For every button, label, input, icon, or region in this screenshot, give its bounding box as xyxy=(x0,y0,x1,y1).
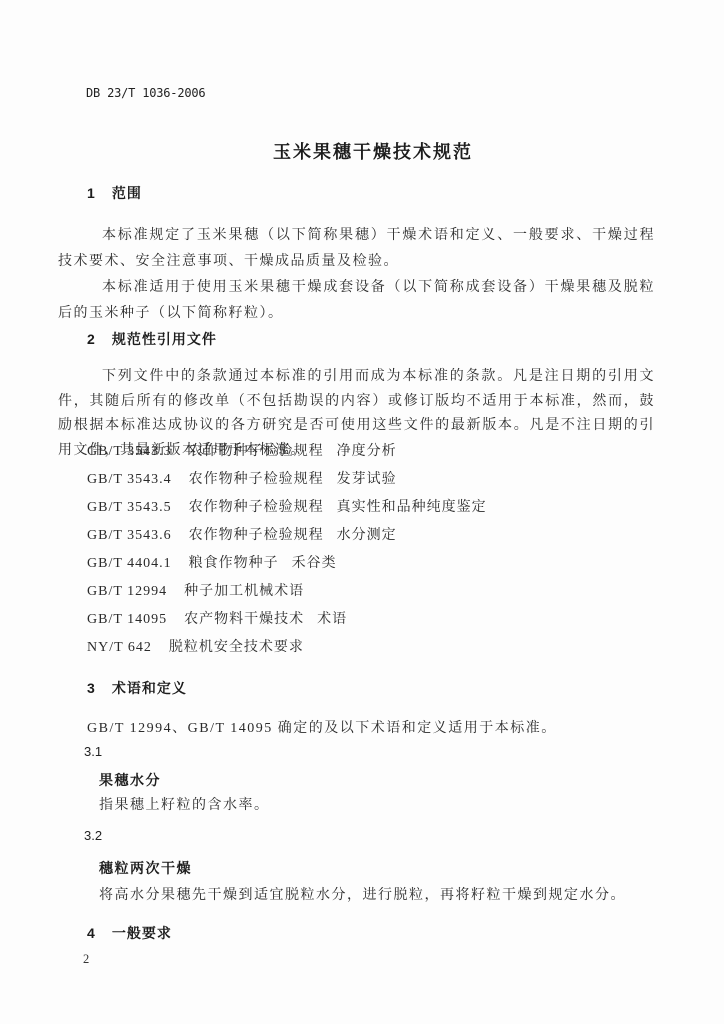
reference-item: GB/T 3543.4农作物种子检验规程发芽试验 xyxy=(87,472,397,488)
reference-subtitle: 水分测定 xyxy=(337,528,397,543)
reference-title: 农作物种子检验规程 xyxy=(189,472,324,487)
term-2-definition: 将高水分果穗先干燥到适宜脱粒水分，进行脱粒，再将籽粒干燥到规定水分。 xyxy=(99,888,659,905)
reference-code: GB/T 14095 xyxy=(87,612,167,627)
section-4-number: 4 xyxy=(87,925,107,941)
reference-item: GB/T 3543.5农作物种子检验规程真实性和品种纯度鉴定 xyxy=(87,500,487,516)
reference-title: 种子加工机械术语 xyxy=(184,584,304,599)
term-2-name: 穗粒两次干燥 xyxy=(99,860,192,876)
section-1-heading: 1 范围 xyxy=(87,185,142,201)
reference-subtitle: 禾谷类 xyxy=(292,556,337,571)
reference-title: 农作物种子检验规程 xyxy=(189,500,324,515)
section-3-title: 术语和定义 xyxy=(112,680,187,696)
document-page: DB 23/T 1036-2006 玉米果穗干燥技术规范 1 范围 本标准规定了… xyxy=(0,0,724,1024)
reference-subtitle: 真实性和品种纯度鉴定 xyxy=(337,500,487,515)
reference-title: 农产物料干燥技术 xyxy=(184,612,304,627)
section-4-title: 一般要求 xyxy=(112,925,172,941)
reference-item: GB/T 3543.3农作物种子检验规程净度分析 xyxy=(87,444,397,460)
term-1-number: 3.1 xyxy=(84,745,102,760)
scope-paragraph-2: 本标准适用于使用玉米果穗干燥成套设备（以下简称成套设备）干燥果穗及脱粒后的玉米种… xyxy=(58,275,655,327)
term-2-number: 3.2 xyxy=(84,829,102,844)
reference-title: 农作物种子检验规程 xyxy=(189,444,324,459)
section-2-title: 规范性引用文件 xyxy=(112,331,217,347)
term-1-definition: 指果穗上籽粒的含水率。 xyxy=(99,798,659,815)
section-1-title: 范围 xyxy=(112,185,142,201)
section-2-number: 2 xyxy=(87,331,107,347)
reference-title: 粮食作物种子 xyxy=(189,556,279,571)
reference-code: GB/T 3543.4 xyxy=(87,472,172,487)
reference-code: GB/T 12994 xyxy=(87,584,167,599)
section-4-heading: 4 一般要求 xyxy=(87,925,172,941)
reference-item: NY/T 642脱粒机安全技术要求 xyxy=(87,640,317,656)
terms-intro: GB/T 12994、GB/T 14095 确定的及以下术语和定义适用于本标准。 xyxy=(58,716,655,742)
reference-code: GB/T 3543.3 xyxy=(87,444,172,459)
section-2-heading: 2 规范性引用文件 xyxy=(87,331,217,347)
section-3-heading: 3 术语和定义 xyxy=(87,680,187,696)
reference-subtitle: 净度分析 xyxy=(337,444,397,459)
reference-code: GB/T 3543.6 xyxy=(87,528,172,543)
document-title: 玉米果穗干燥技术规范 xyxy=(22,138,724,164)
standard-number: DB 23/T 1036-2006 xyxy=(86,86,205,100)
page-number: 2 xyxy=(83,952,89,967)
reference-item: GB/T 4404.1粮食作物种子禾谷类 xyxy=(87,556,337,572)
reference-title: 脱粒机安全技术要求 xyxy=(169,640,304,655)
reference-item: GB/T 3543.6农作物种子检验规程水分测定 xyxy=(87,528,397,544)
reference-code: GB/T 4404.1 xyxy=(87,556,172,571)
reference-item: GB/T 14095农产物料干燥技术术语 xyxy=(87,612,347,628)
reference-item: GB/T 12994种子加工机械术语 xyxy=(87,584,317,600)
reference-code: NY/T 642 xyxy=(87,640,152,655)
reference-title: 农作物种子检验规程 xyxy=(189,528,324,543)
scope-paragraph-1: 本标准规定了玉米果穗（以下简称果穗）干燥术语和定义、一般要求、干燥过程技术要术、… xyxy=(58,223,655,275)
reference-code: GB/T 3543.5 xyxy=(87,500,172,515)
reference-subtitle: 术语 xyxy=(317,612,347,627)
section-1-number: 1 xyxy=(87,185,107,201)
reference-subtitle: 发芽试验 xyxy=(337,472,397,487)
term-1-name: 果穗水分 xyxy=(99,772,161,788)
section-3-number: 3 xyxy=(87,680,107,696)
